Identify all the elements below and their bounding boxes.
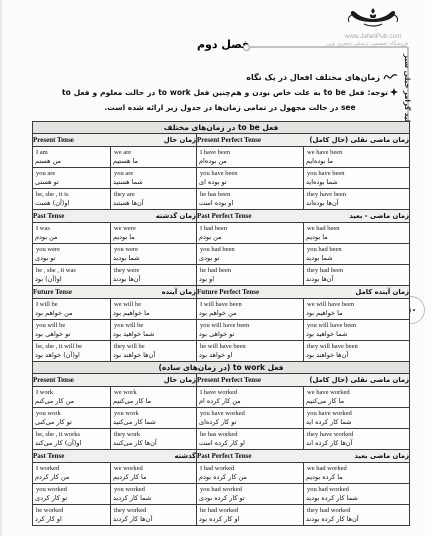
persian-translation: آن‌ها بودند (111, 275, 196, 285)
persian-translation: او بود (197, 275, 303, 285)
conjugation-cell: you had beenشما بودید (304, 244, 410, 265)
persian-translation: من بودم (33, 233, 110, 243)
persian-translation: تو خواهی بود (33, 330, 110, 340)
persian-translation: تو کار کرده‌ای (197, 418, 303, 428)
english-form: we will have been (304, 299, 409, 309)
tense-label-fa: زمان ماضی بعید (355, 452, 410, 460)
conjugation-cell: we will beما خواهیم بود (111, 299, 197, 320)
tense-header-cell: Past Tenseگذشته (33, 450, 197, 463)
english-form: they worked (111, 505, 196, 515)
english-form: he had worked (197, 505, 303, 515)
header-rule-horizontal (250, 46, 408, 48)
tense-header-cell: Present Tenseزمان حال (33, 134, 197, 147)
table-row-data: he , she , it wasاو(آن) بودthey wereآن‌ه… (33, 265, 410, 286)
english-form: you work (33, 408, 110, 418)
persian-translation: شما بودید (111, 254, 196, 264)
english-form: you have worked (197, 408, 303, 418)
persian-translation: تو هستی (33, 178, 110, 188)
intro-heading-text: زمان‌های مختلف افعال در یک نگاه (246, 73, 380, 82)
english-form: you worked (111, 484, 196, 494)
english-form: they have worked (304, 429, 409, 439)
persian-translation: ما خواهیم بود (304, 309, 409, 319)
english-form: they will have been (304, 341, 409, 351)
tense-label-fa: زمان گذشته (156, 212, 196, 220)
english-form: I work (33, 387, 110, 397)
persian-translation: او کار کرده بود (197, 515, 303, 525)
tense-header-cell: Future Perfect Tenseزمان آینده کامل (197, 286, 410, 299)
persian-translation: آن‌ها کار کرده اند (304, 439, 409, 449)
conjugation-cell: they workآن‌ها کار می‌کنند (111, 429, 197, 450)
conjugation-cell: I workمن کار می‌کنم (33, 387, 111, 408)
section-header-cell: فعل to be در زمان‌های مختلف (33, 122, 410, 134)
table-row-section: فعل to be در زمان‌های مختلف (33, 122, 410, 134)
tense-label-en: Present Tense (33, 136, 74, 144)
table-row-data: you workتو کار می‌کنیyou workشما کار می‌… (33, 408, 410, 429)
english-form: I had worked (197, 463, 303, 473)
conjugation-cell: you have beenتو بوده ای (197, 168, 304, 189)
conjugation-cell: they areآن‌ها هستند (111, 189, 197, 210)
conjugation-cell: you wereشما بودید (111, 244, 197, 265)
persian-translation: من کار کرده بودم (197, 473, 303, 483)
table-row-data: he, she , it isاو(آن) هستthey areآن‌ها ه… (33, 189, 410, 210)
note-line-1: توجه: فعل to be به علت خاص بودن و هم‌چنی… (62, 87, 398, 99)
english-form: you had been (197, 244, 303, 254)
conjugation-cell: they have workedآن‌ها کار کرده اند (304, 429, 410, 450)
english-form: I will be (33, 299, 110, 309)
conjugation-cell: they will have beenآن‌ها خواهند بود (304, 341, 410, 362)
tense-label-fa: گذشته (175, 452, 196, 460)
tense-header-content: Past Tenseگذشته (33, 452, 196, 460)
conjugation-cell: we had beenما بودیم (304, 223, 410, 244)
conjugation-cell: we areما هستیم (111, 147, 197, 168)
conjugation-cell: I have workedمن کار کرده ام (197, 387, 304, 408)
conjugation-cell: you workedتو کار کردی (33, 484, 111, 505)
table-row-data: he workedاو کار کردthey workedآن‌ها کار … (33, 505, 410, 526)
conjugation-cell: he, she , it will beاو(آن) خواهد بود (33, 341, 111, 362)
conjugation-cell: you have beenشما بوده‌اید (304, 168, 410, 189)
tense-header-cell: Past Perfect Tenseزمان ماضی - بعید (197, 210, 410, 223)
persian-translation: او کار کرد (33, 515, 110, 525)
conjugation-cell: you will have beenتو خواهی بود (197, 320, 304, 341)
tense-header-content: Present Perfect Tenseزمان ماضی نقلی (حال… (197, 136, 409, 144)
english-form: we work (111, 387, 196, 397)
persian-translation: شما خواهید بود (304, 330, 409, 340)
english-form: he had been (197, 265, 303, 275)
english-form: I had been (197, 223, 303, 233)
persian-translation: شما کار کردید (111, 494, 196, 504)
table-row-data: I amمن هستمwe areما هستیمI have beenمن ب… (33, 147, 410, 168)
conjugation-cell: you workedشما کار کردید (111, 484, 197, 505)
conjugation-cell: I wasمن بودم (33, 223, 111, 244)
tense-header-content: Past Perfect Tenseزمان ماضی - بعید (197, 212, 409, 220)
persian-translation: شما خواهید بود (111, 330, 196, 340)
table-row-tense: Future Tenseزمان آیندهFuture Perfect Ten… (33, 286, 410, 299)
tense-header-cell: Present Tenseزمان حال (33, 374, 197, 387)
persian-translation: من بودم (197, 233, 303, 243)
persian-translation: من هستم (33, 157, 110, 167)
conjugation-cell: you will have beenشما خواهید بود (304, 320, 410, 341)
english-form: you are (111, 168, 196, 178)
conjugation-cell: you have workedتو کار کرده‌ای (197, 408, 304, 429)
table-row-data: I wasمن بودمwe wereما بودیمI had beenمن … (33, 223, 410, 244)
english-form: we were (111, 223, 196, 233)
english-form: you will be (33, 320, 110, 330)
conjugation-cell: I had beenمن بودم (197, 223, 304, 244)
english-form: you will have been (304, 320, 409, 330)
conjugation-cell: we will have beenما خواهیم بود (304, 299, 410, 320)
english-form: we will be (111, 299, 196, 309)
table-row-tense: Present Tenseزمان حالPresent Perfect Ten… (33, 374, 410, 387)
conjugation-cell: he will have beenاو خواهد بود (197, 341, 304, 362)
conjugation-cell: they had workedآن‌ها کار کرده بودند (304, 505, 410, 526)
conjugation-cell: we had workedما کرده بودیم (304, 463, 410, 484)
english-form: he , she , it was (33, 265, 110, 275)
persian-translation: ما کار کردیم (111, 473, 196, 483)
table-row-data: I workedمن کار کردمwe workedما کار کردیم… (33, 463, 410, 484)
table-row-tense: Present Tenseزمان حالPresent Perfect Ten… (33, 134, 410, 147)
table-row-tense: Past TenseگذشتهPast Perfect Tenseزمان ما… (33, 450, 410, 463)
persian-translation: ما هستیم (111, 157, 196, 167)
conjugation-cell: you had workedتو کار کرده بودی (197, 484, 304, 505)
english-form: you have been (304, 168, 409, 178)
conjugation-cell: I amمن هستم (33, 147, 111, 168)
tense-header-content: Present Tenseزمان حال (33, 376, 196, 384)
persian-translation: شما کار کرده اید (304, 418, 409, 428)
english-form: we have worked (304, 387, 409, 397)
persian-translation: او(آن) خواهد بود (33, 351, 110, 361)
persian-translation: ما بودیم (111, 233, 196, 243)
english-form: we had been (304, 223, 409, 233)
english-form: they had worked (304, 505, 409, 515)
persian-translation: آن‌ها بوده‌اند (304, 199, 409, 209)
conjugation-cell: he has beenاو بوده است (197, 189, 304, 210)
tense-label-fa: زمان ماضی نقلی (حال کامل) (309, 136, 409, 144)
persian-translation: ما بودیم (304, 233, 409, 243)
persian-translation: ما بوده‌ایم (304, 157, 409, 167)
tense-header-content: Present Perfect Tenseزمان ماضی نقلی (حال… (197, 376, 409, 384)
section-header-cell: فعل to work (در زمان‌های ساده) (33, 362, 410, 374)
persian-translation: تو کار کردی (33, 494, 110, 504)
persian-translation: آن‌ها کار کردند (111, 515, 196, 525)
header-rule-circle (243, 44, 250, 51)
english-form: they work (111, 429, 196, 439)
english-form: I was (33, 223, 110, 233)
english-form: we worked (111, 463, 196, 473)
persian-translation: من کار کرده ام (197, 397, 303, 407)
english-form: they were (111, 265, 196, 275)
persian-translation: ما کار می‌کنیم (304, 397, 409, 407)
conjugation-cell: we have beenما بوده‌ایم (304, 147, 410, 168)
note-line-2: see در حالت مجهول در تمامی زمان‌ها در جد… (62, 102, 398, 113)
tense-header-cell: Present Perfect Tenseزمان ماضی نقلی (حال… (197, 134, 410, 147)
persian-translation: شما هستید (111, 178, 196, 188)
tense-label-en: Present Perfect Tense (197, 376, 261, 384)
persian-translation: ما کرده بودیم (304, 473, 409, 483)
tense-label-en: Future Tense (33, 288, 72, 296)
publisher-url: www.JafariPub.com (338, 33, 408, 40)
grammar-table-body: فعل to be در زمان‌های مختلفPresent Tense… (33, 122, 410, 526)
conjugation-cell: you have workedشما کار کرده اید (304, 408, 410, 429)
english-form: you had been (304, 244, 409, 254)
conjugation-cell: he workedاو کار کرد (33, 505, 111, 526)
conjugation-cell: he had beenاو بود (197, 265, 304, 286)
english-form: I have worked (197, 387, 303, 397)
persian-translation: تو بودی (197, 254, 303, 264)
persian-translation: آن‌ها خواهند بود (111, 351, 196, 361)
english-form: he has been (197, 189, 303, 199)
pen-scribble-icon (383, 73, 398, 81)
persian-translation: تو کار کرده بودی (197, 494, 303, 504)
english-form: they are (111, 189, 196, 199)
tense-header-content: Present Tenseزمان حال (33, 136, 196, 144)
tense-label-fa: زمان حال (164, 136, 196, 144)
english-form: I have been (197, 147, 303, 157)
table-row-data: I will beمن خواهم بودwe will beما خواهیم… (33, 299, 410, 320)
persian-translation: من کار کردم (33, 473, 110, 483)
english-form: you have been (197, 168, 303, 178)
english-form: they had been (304, 265, 409, 275)
tense-label-fa: زمان حال (164, 376, 196, 384)
english-form: you were (111, 244, 196, 254)
tense-label-en: Past Perfect Tense (197, 452, 251, 460)
persian-translation: ما خواهیم بود (111, 309, 196, 319)
tense-label-en: Present Perfect Tense (197, 136, 261, 144)
conjugation-cell: he , she , it wasاو(آن) بود (33, 265, 111, 286)
tense-label-fa: زمان ماضی نقلی (حال کامل) (309, 376, 409, 384)
persian-translation: شما بودید (304, 254, 409, 264)
persian-translation: تو کار می‌کنی (33, 418, 110, 428)
calligraphy-emblem-icon (346, 5, 400, 33)
conjugation-cell: we workedما کار کردیم (111, 463, 197, 484)
persian-translation: ما کار می‌کنیم (111, 397, 196, 407)
conjugation-cell: you areتو هستی (33, 168, 111, 189)
tense-label-fa: زمان آینده کامل (355, 288, 409, 296)
tense-header-cell: Past Tenseزمان گذشته (33, 210, 197, 223)
tense-header-content: Past Tenseزمان گذشته (33, 212, 196, 220)
english-form: I am (33, 147, 110, 157)
conjugation-cell: he had workedاو کار کرده بود (197, 505, 304, 526)
page-edge-shadow (0, 0, 2, 536)
english-form: you have worked (304, 408, 409, 418)
english-form: you are (33, 168, 110, 178)
english-form: we have been (304, 147, 409, 157)
english-form: we had worked (304, 463, 409, 473)
tense-header-content: Past Perfect Tenseزمان ماضی بعید (197, 452, 409, 460)
table-row-data: he, she , it will beاو(آن) خواهد بودthey… (33, 341, 410, 362)
persian-translation: شما بوده‌اید (304, 178, 409, 188)
conjugation-cell: I will have beenمن خواهم بود (197, 299, 304, 320)
intro-heading-row: زمان‌های مختلف افعال در یک نگاه (246, 73, 398, 82)
english-form: he, she , it is (33, 189, 110, 199)
persian-translation: آن‌ها کار می‌کنند (111, 439, 196, 449)
english-form: he has worked (197, 429, 303, 439)
tense-label-en: Past Tense (33, 212, 64, 220)
conjugation-cell: they will beآن‌ها خواهند بود (111, 341, 197, 362)
tense-label-fa: زمان ماضی - بعید (349, 212, 409, 220)
persian-translation: او(آن) بود (33, 275, 110, 285)
conjugation-cell: I had workedمن کار کرده بودم (197, 463, 304, 484)
conjugation-cell: we wereما بودیم (111, 223, 197, 244)
conjugation-cell: you had beenتو بودی (197, 244, 304, 265)
english-form: he worked (33, 505, 110, 515)
conjugation-cell: I have beenمن بوده‌ام (197, 147, 304, 168)
english-form: we are (111, 147, 196, 157)
conjugation-cell: he has workedاو کار کرده است (197, 429, 304, 450)
tense-label-en: Past Perfect Tense (197, 212, 251, 220)
english-form: he, she , it works (33, 429, 110, 439)
table-row-data: I workمن کار می‌کنمwe workما کار می‌کنیم… (33, 387, 410, 408)
persian-translation: تو بودی (33, 254, 110, 264)
table-row-data: you areتو هستیyou areشما هستیدyou have b… (33, 168, 410, 189)
english-form: you had worked (197, 484, 303, 494)
persian-translation: تو بوده ای (197, 178, 303, 188)
persian-translation: آن‌ها خواهند بود (304, 351, 409, 361)
persian-translation: تو خواهی بود (197, 330, 303, 340)
table-row-tense: Past Tenseزمان گذشتهPast Perfect Tenseزم… (33, 210, 410, 223)
conjugation-cell: they wereآن‌ها بودند (111, 265, 197, 286)
grammar-table: فعل to be در زمان‌های مختلفPresent Tense… (32, 121, 410, 526)
english-form: I will have been (197, 299, 303, 309)
persian-translation: آن‌ها کار کرده بودند (304, 515, 409, 525)
persian-translation: او بوده است (197, 199, 303, 209)
table-row-data: he, she , it worksاو(آن) کار می‌کندthey … (33, 429, 410, 450)
conjugation-cell: you had workedشما کار کرده بودید (304, 484, 410, 505)
conjugation-cell: they have beenآن‌ها بوده‌اند (304, 189, 410, 210)
english-form: he will have been (197, 341, 303, 351)
english-form: they have been (304, 189, 409, 199)
chapter-title: فصل دوم (197, 38, 249, 51)
conjugation-cell: you wereتو بودی (33, 244, 111, 265)
tense-header-content: Future Tenseزمان آینده (33, 288, 196, 296)
table-row-section: فعل to work (در زمان‌های ساده) (33, 362, 410, 374)
persian-translation: من بوده‌ام (197, 157, 303, 167)
tense-label-en: Present Tense (33, 376, 74, 384)
persian-translation: آن‌ها هستند (111, 199, 196, 209)
conjugation-cell: we workما کار می‌کنیم (111, 387, 197, 408)
tense-label-fa: زمان آینده (162, 288, 196, 296)
conjugation-cell: I will beمن خواهم بود (33, 299, 111, 320)
english-form: you had worked (304, 484, 409, 494)
tense-header-cell: Past Perfect Tenseزمان ماضی بعید (197, 450, 410, 463)
tense-label-en: Past Tense (33, 452, 64, 460)
table-row-data: you will beتو خواهی بودyou will beشما خو… (33, 320, 410, 341)
english-form: you were (33, 244, 110, 254)
persian-translation: او کار کرده است (197, 439, 303, 449)
persian-translation: او خواهد بود (197, 351, 303, 361)
english-form: I worked (33, 463, 110, 473)
persian-translation: شما کار می‌کنید (111, 418, 196, 428)
english-form: you will have been (197, 320, 303, 330)
english-form: he, she , it will be (33, 341, 110, 351)
conjugation-cell: he, she , it worksاو(آن) کار می‌کند (33, 429, 111, 450)
persian-translation: آن‌ها بودند (304, 275, 409, 285)
note-text-1: توجه: فعل to be به علت خاص بودن و هم‌چنی… (62, 88, 388, 97)
english-form: you worked (33, 484, 110, 494)
publisher-logo: www.JafariPub.com فروشگاه تخصصی پزشکی جع… (338, 5, 408, 47)
tense-header-cell: Future Tenseزمان آینده (33, 286, 197, 299)
conjugation-cell: he, she , it isاو(آن) هست (33, 189, 111, 210)
conjugation-cell: I workedمن کار کردم (33, 463, 111, 484)
persian-translation: شما کار کرده بودید (304, 494, 409, 504)
persian-translation: من خواهم بود (197, 309, 303, 319)
english-form: you work (111, 408, 196, 418)
persian-translation: من خواهم بود (33, 309, 110, 319)
conjugation-cell: they had beenآن‌ها بودند (304, 265, 410, 286)
four-point-star-icon (390, 88, 398, 96)
tense-label-en: Future Perfect Tense (197, 288, 259, 296)
conjugation-cell: we have workedما کار می‌کنیم (304, 387, 410, 408)
conjugation-cell: you workشما کار می‌کنید (111, 408, 197, 429)
conjugation-cell: you will beتو خواهی بود (33, 320, 111, 341)
tense-header-cell: Present Perfect Tenseزمان ماضی نقلی (حال… (197, 374, 410, 387)
persian-translation: او(آن) هست (33, 199, 110, 209)
persian-translation: من کار می‌کنم (33, 397, 110, 407)
english-form: they will be (111, 341, 196, 351)
conjugation-cell: you areشما هستید (111, 168, 197, 189)
conjugation-cell: you workتو کار می‌کنی (33, 408, 111, 429)
tense-header-content: Future Perfect Tenseزمان آینده کامل (197, 288, 409, 296)
persian-translation: او(آن) کار می‌کند (33, 439, 110, 449)
table-row-data: you workedتو کار کردیyou workedشما کار ک… (33, 484, 410, 505)
english-form: you will be (111, 320, 196, 330)
conjugation-cell: they workedآن‌ها کار کردند (111, 505, 197, 526)
table-row-data: you wereتو بودیyou wereشما بودیدyou had … (33, 244, 410, 265)
conjugation-cell: you will beشما خواهید بود (111, 320, 197, 341)
